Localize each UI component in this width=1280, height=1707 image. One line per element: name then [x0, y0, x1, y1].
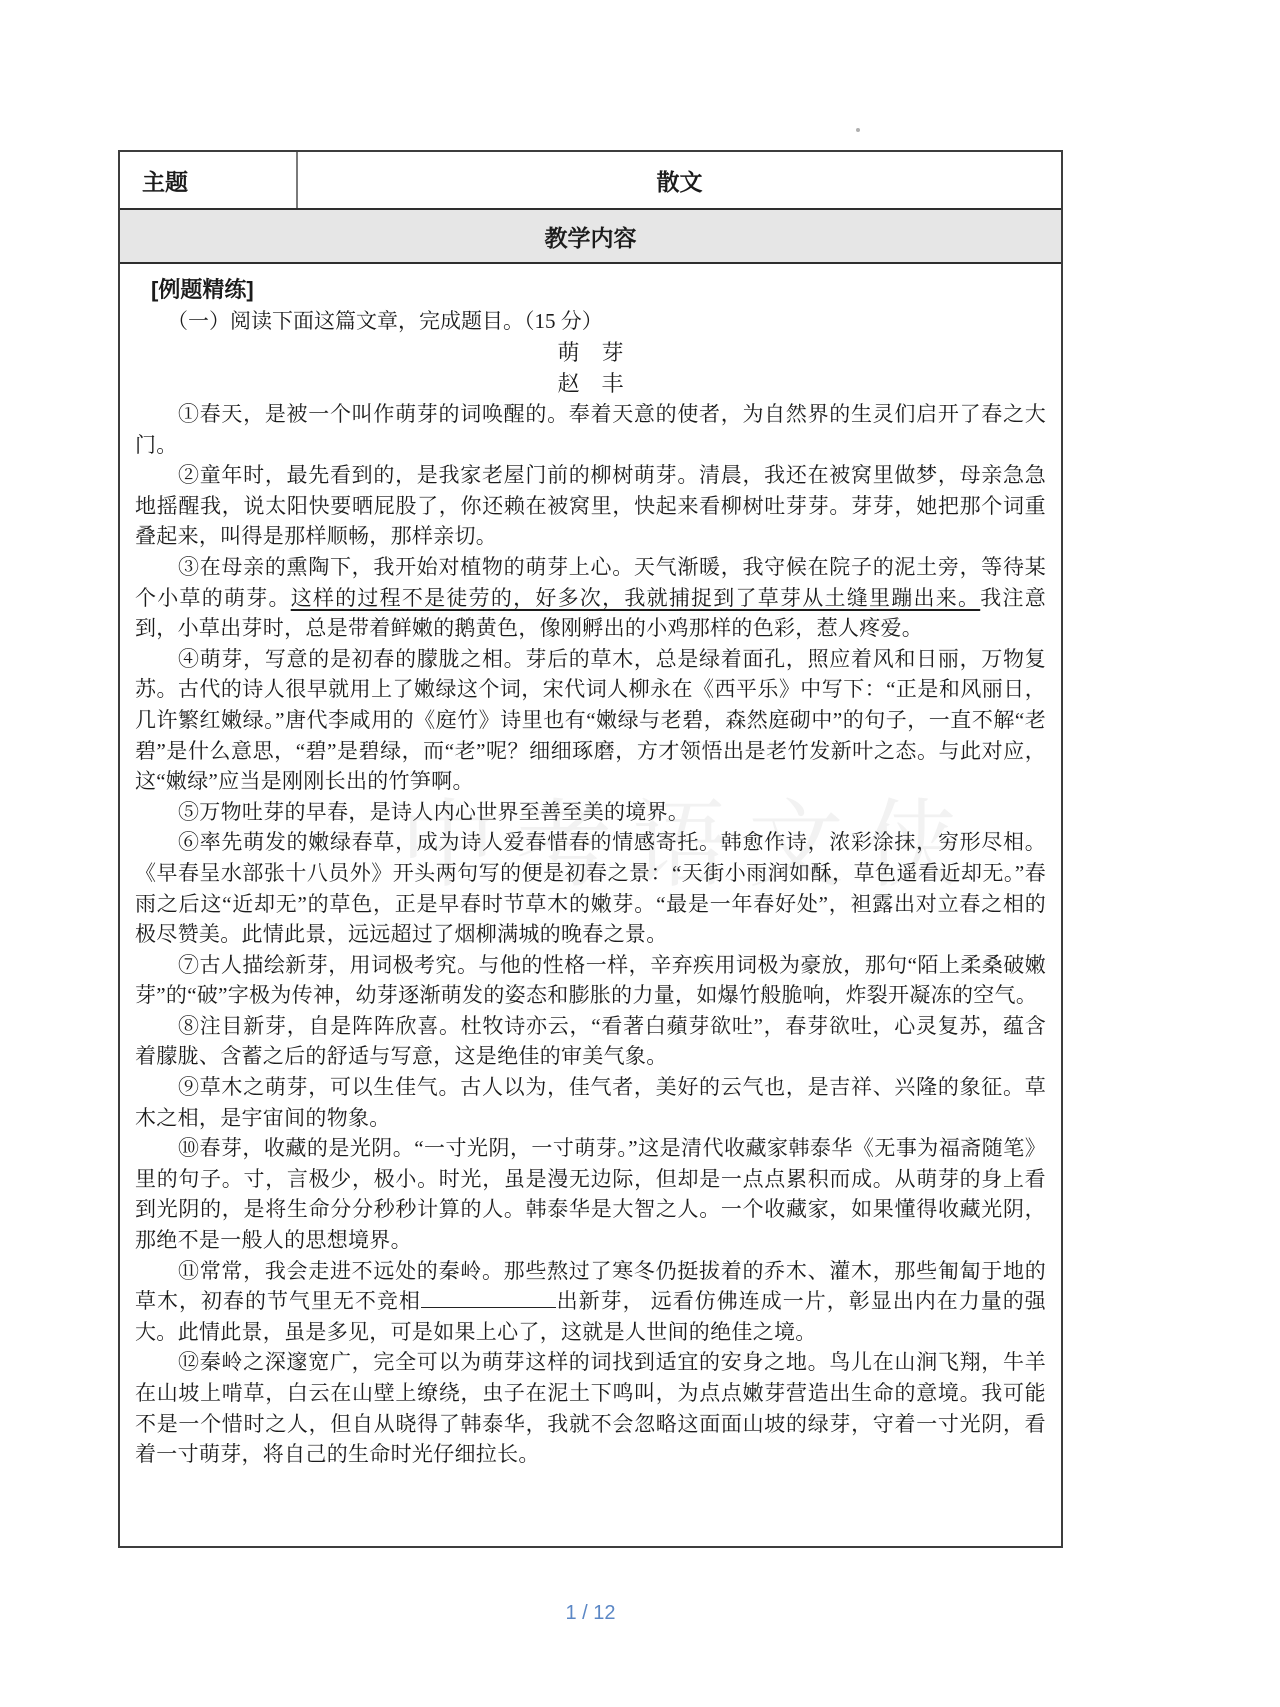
essay-paragraph: ①春天，是被一个叫作萌芽的词唤醒的。奉着天意的使者，为自然界的生灵们启开了春之大…: [135, 399, 1046, 460]
essay-paragraph: ④萌芽，写意的是初春的朦胧之相。芽后的草木，总是绿着面孔，照应着风和日丽，万物复…: [135, 644, 1046, 797]
essay-paragraph: ⑤万物吐芽的早春，是诗人内心世界至善至美的境界。: [135, 797, 1046, 828]
topic-label: 主题: [120, 152, 298, 208]
paragraph-text: ⑫秦岭之深邃宽广，完全可以为萌芽这样的词找到适宜的安身之地。鸟儿在山涧飞翔，牛羊…: [135, 1350, 1046, 1466]
essay-paragraph: ⑨草木之萌芽，可以生佳气。古人以为，佳气者，美好的云气也，是吉祥、兴隆的象征。草…: [135, 1072, 1046, 1133]
stray-mark: [856, 128, 860, 132]
reading-instruction: （一）阅读下面这篇文章，完成题目。（15 分）: [135, 306, 1046, 337]
underlined-sentence: 这样的过程不是徒劳的，好多次，我就捕捉到了草芽从土缝里蹦出来。: [291, 586, 981, 610]
essay-paragraph: ⑪常常，我会走进不远处的秦岭。那些熬过了寒冬仍挺拔着的乔木、灌木，那些匍匐于地的…: [135, 1256, 1046, 1348]
essay-paragraphs: ①春天，是被一个叫作萌芽的词唤醒的。奉着天意的使者，为自然界的生灵们启开了春之大…: [135, 399, 1046, 1470]
essay-title: 萌 芽: [135, 337, 1046, 368]
section-header: 教学内容: [120, 210, 1061, 264]
paragraph-text: ⑨草木之萌芽，可以生佳气。古人以为，佳气者，美好的云气也，是吉祥、兴隆的象征。草…: [135, 1075, 1046, 1130]
paragraph-text: ⑦古人描绘新芽，用词极考究。与他的性格一样，辛弃疾用词极为豪放，那句“陌上柔桑破…: [135, 953, 1046, 1008]
paragraph-text: ②童年时，最先看到的，是我家老屋门前的柳树萌芽。清晨，我还在被窝里做梦，母亲急急…: [135, 463, 1046, 548]
paragraph-text: ①春天，是被一个叫作萌芽的词唤醒的。奉着天意的使者，为自然界的生灵们启开了春之大…: [135, 402, 1046, 457]
essay-paragraph: ⑥率先萌发的嫩绿春草，成为诗人爱春惜春的情感寄托。韩愈作诗，浓彩涂抹，穷形尽相。…: [135, 827, 1046, 949]
essay-author: 赵 丰: [135, 368, 1046, 399]
topic-value: 散文: [298, 152, 1061, 208]
essay-paragraph: ②童年时，最先看到的，是我家老屋门前的柳树萌芽。清晨，我还在被窝里做梦，母亲急急…: [135, 460, 1046, 552]
fill-in-blank: [421, 1286, 556, 1308]
page-number: 1 / 12: [118, 1602, 1063, 1625]
essay-paragraph: ③在母亲的熏陶下，我开始对植物的萌芽上心。天气渐暖，我守候在院子的泥土旁，等待某…: [135, 552, 1046, 644]
topic-row: 主题 散文: [120, 152, 1061, 210]
document-page: { "table": { "topic_label": "主题", "topic…: [0, 0, 1280, 1707]
essay-paragraph: ⑦古人描绘新芽，用词极考究。与他的性格一样，辛弃疾用词极为豪放，那句“陌上柔桑破…: [135, 950, 1046, 1011]
paragraph-text: ⑥率先萌发的嫩绿春草，成为诗人爱春惜春的情感寄托。韩愈作诗，浓彩涂抹，穷形尽相。…: [135, 830, 1046, 946]
paragraph-text: ⑩春芽，收藏的是光阴。“一寸光阴，一寸萌芽。”这是清代收藏家韩泰华《无事为福斋随…: [135, 1136, 1046, 1252]
essay-paragraph: ⑫秦岭之深邃宽广，完全可以为萌芽这样的词找到适宜的安身之地。鸟儿在山涧飞翔，牛羊…: [135, 1347, 1046, 1469]
essay-paragraph: ⑧注目新芽，自是阵阵欣喜。杜牧诗亦云，“看著白蘋芽欲吐”，春芽欲吐，心灵复苏，蕴…: [135, 1011, 1046, 1072]
paragraph-text: ⑤万物吐芽的早春，是诗人内心世界至善至美的境界。: [178, 800, 689, 824]
paragraph-text: ⑧注目新芽，自是阵阵欣喜。杜牧诗亦云，“看著白蘋芽欲吐”，春芽欲吐，心灵复苏，蕴…: [135, 1014, 1046, 1069]
teaching-content-body: [例题精练] （一）阅读下面这篇文章，完成题目。（15 分） 萌 芽 赵 丰 ①…: [120, 264, 1061, 1546]
paragraph-text: ④萌芽，写意的是初春的朦胧之相。芽后的草木，总是绿着面孔，照应着风和日丽，万物复…: [135, 647, 1046, 793]
essay-paragraph: ⑩春芽，收藏的是光阴。“一寸光阴，一寸萌芽。”这是清代收藏家韩泰华《无事为福斋随…: [135, 1133, 1046, 1255]
lesson-table: 主题 散文 教学内容 [例题精练] （一）阅读下面这篇文章，完成题目。（15 分…: [118, 150, 1063, 1548]
exercise-section-tag: [例题精练]: [135, 274, 1046, 306]
